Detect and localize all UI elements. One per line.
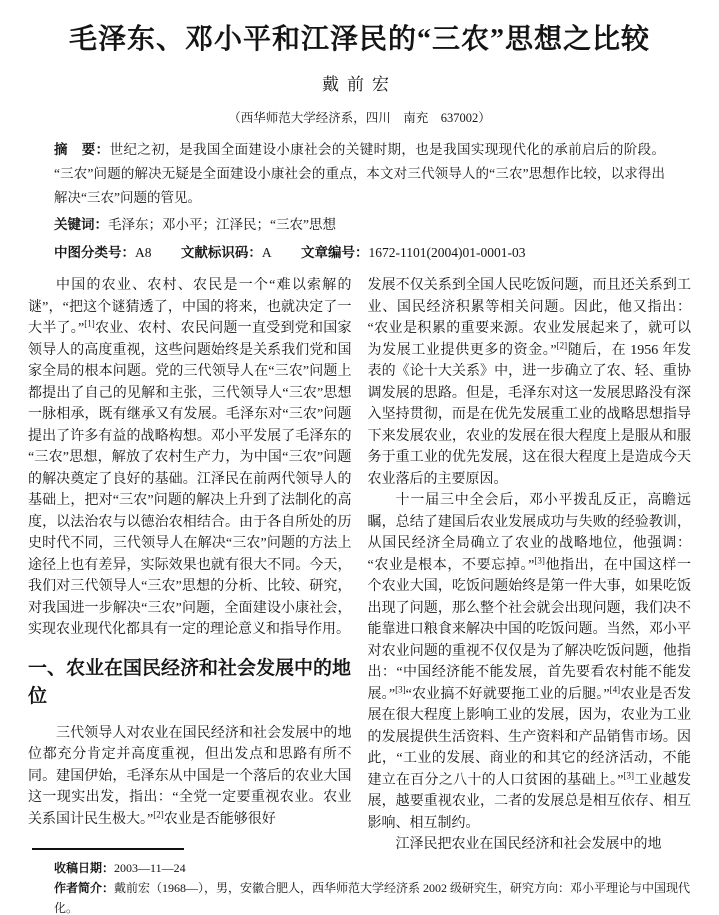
clc-label: 中图分类号： [54,245,135,260]
keywords-label: 关键词： [54,217,108,232]
classification-line: 中图分类号：A8 文献标识码：A 文章编号：1672-1101(2004)01-… [54,241,665,265]
paragraph: 发展不仅关系到全国人民吃饭问题，而且还关系到工业、国民经济积累等相关问题。因此，… [368,275,692,490]
column-left: 中国的农业、农村、农民是一个“难以索解的谜”，“把这个谜猜透了，中国的将来，也就… [28,275,352,867]
citation-ref: [2] [557,340,568,350]
author-name: 戴前宏 [28,74,691,96]
meta-block: 摘 要：世纪之初，是我国全面建设小康社会的关键时期，也是我国实现现代化的承前启后… [54,138,665,265]
abstract: 摘 要：世纪之初，是我国全面建设小康社会的关键时期，也是我国实现现代化的承前启后… [54,138,665,210]
section-heading: 一、农业在国民经济和社会发展中的地位 [28,655,352,711]
citation-ref: [3] [395,684,406,694]
doc-code-label: 文献标识码： [181,245,262,260]
paragraph: 三代领导人对农业在国民经济和社会发展中的地位都充分肯定并高度重视，但出发点和思路… [28,723,352,831]
citation-ref: [3] [623,770,634,780]
author-bio-value: 戴前宏（1968—），男，安徽合肥人，西华师范大学经济系 2002 级研究生，研… [54,881,690,915]
abstract-text: 世纪之初，是我国全面建设小康社会的关键时期，也是我国实现现代化的承前启后的阶段。… [54,142,665,205]
footnote-area: 收稿日期：2003—11—24 作者简介：戴前宏（1968—），男，安徽合肥人，… [28,848,691,915]
keywords-text: 毛泽东；邓小平；江泽民；“三农”思想 [108,217,336,232]
article-id-label: 文章编号： [301,245,369,260]
received-date-line: 收稿日期：2003—11—24 [54,858,691,878]
received-date-value: 2003—11—24 [114,861,186,875]
article-id-value: 1672-1101(2004)01-0001-03 [369,245,526,260]
footnote-rule [32,848,184,850]
two-column-body: 中国的农业、农村、农民是一个“难以索解的谜”，“把这个谜猜透了，中国的将来，也就… [28,275,691,867]
citation-ref: [2] [153,809,164,819]
author-bio-label: 作者简介： [54,881,114,895]
page-title: 毛泽东、邓小平和江泽民的“三农”思想之比较 [28,22,691,58]
column-right: 发展不仅关系到全国人民吃饭问题，而且还关系到工业、国民经济积累等相关问题。因此，… [368,275,692,867]
paragraph: 中国的农业、农村、农民是一个“难以索解的谜”，“把这个谜猜透了，中国的将来，也就… [28,275,352,641]
doc-code-value: A [262,245,272,260]
affiliation: （西华师范大学经济系，四川 南充 637002） [28,110,691,126]
paragraph: 十一届三中全会后，邓小平拨乱反正，高瞻远瞩，总结了建国后农业发展成功与失败的经验… [368,490,692,834]
citation-ref: [1] [84,318,95,328]
keywords-line: 关键词：毛泽东；邓小平；江泽民；“三农”思想 [54,213,665,237]
author-bio-line: 作者简介：戴前宏（1968—），男，安徽合肥人，西华师范大学经济系 2002 级… [54,878,691,915]
paper-page: 毛泽东、邓小平和江泽民的“三农”思想之比较 戴前宏 （西华师范大学经济系，四川 … [0,0,719,867]
abstract-label: 摘 要： [54,142,110,157]
citation-ref: [4] [610,684,621,694]
received-date-label: 收稿日期： [54,861,114,875]
clc-value: A8 [135,245,152,260]
citation-ref: [3] [534,555,545,565]
